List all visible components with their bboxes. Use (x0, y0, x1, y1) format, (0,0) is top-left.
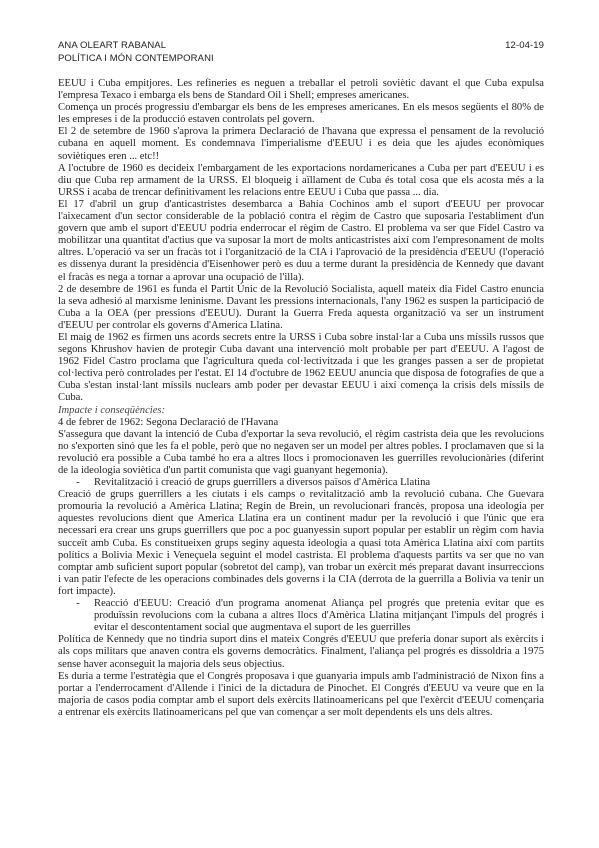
paragraph-first-declaration: El 2 de setembre de 1960 s'aprova la pri… (58, 126, 544, 162)
bullet-item: - Revitalització i creació de grups guer… (58, 477, 544, 489)
section-heading-impact: Impacte i conseqüències: (58, 405, 544, 417)
paragraph-second-declaration: S'assegura que davant la intenció de Cub… (58, 429, 544, 477)
bullet-dash: - (58, 477, 94, 489)
bullet-text: Reacció d'EEUU: Creació d'un programa an… (94, 598, 544, 634)
document-page: ANA OLEART RABANAL POLÍTICA I MÓN CONTEM… (0, 0, 599, 848)
paragraph-bay-of-pigs: El 17 d'abril un grup d'anticastristes d… (58, 199, 544, 284)
page-header: ANA OLEART RABANAL POLÍTICA I MÓN CONTEM… (58, 39, 544, 65)
document-body: EEUU i Cuba empitjores. Les refineries e… (58, 78, 544, 719)
paragraph-october-1960: A l'octubre de 1960 es decideix l'embarg… (58, 163, 544, 199)
bullet-dash: - (58, 598, 94, 634)
bullet-text: Revitalització i creació de grups guerri… (94, 477, 544, 489)
bullet-item: - Reacció d'EEUU: Creació d'un programa … (58, 598, 544, 634)
paragraph-relations: EEUU i Cuba empitjores. Les refineries e… (58, 78, 544, 102)
document-date: 12-04-19 (505, 39, 544, 52)
subheading-second-declaration: 4 de febrer de 1962: Segona Declaració d… (58, 417, 544, 429)
course-title: POLÍTICA I MÓN CONTEMPORANI (58, 52, 544, 65)
paragraph-nixon-strategy: Es duria a terme l'estratègia que el Con… (58, 671, 544, 719)
author-name: ANA OLEART RABANAL (58, 39, 544, 52)
paragraph-missile-crisis: El maig de 1962 es firmen uns acords sec… (58, 332, 544, 405)
paragraph-embargo: Comença un procés progressiu d'embargar … (58, 102, 544, 126)
paragraph-kennedy-policy: Política de Kennedy que no tindria supor… (58, 634, 544, 670)
paragraph-partit-unic: 2 de desembre de 1961 es funda el Partit… (58, 284, 544, 332)
paragraph-guerrilla-groups: Creació de grups guerrillers a les ciuta… (58, 489, 544, 598)
